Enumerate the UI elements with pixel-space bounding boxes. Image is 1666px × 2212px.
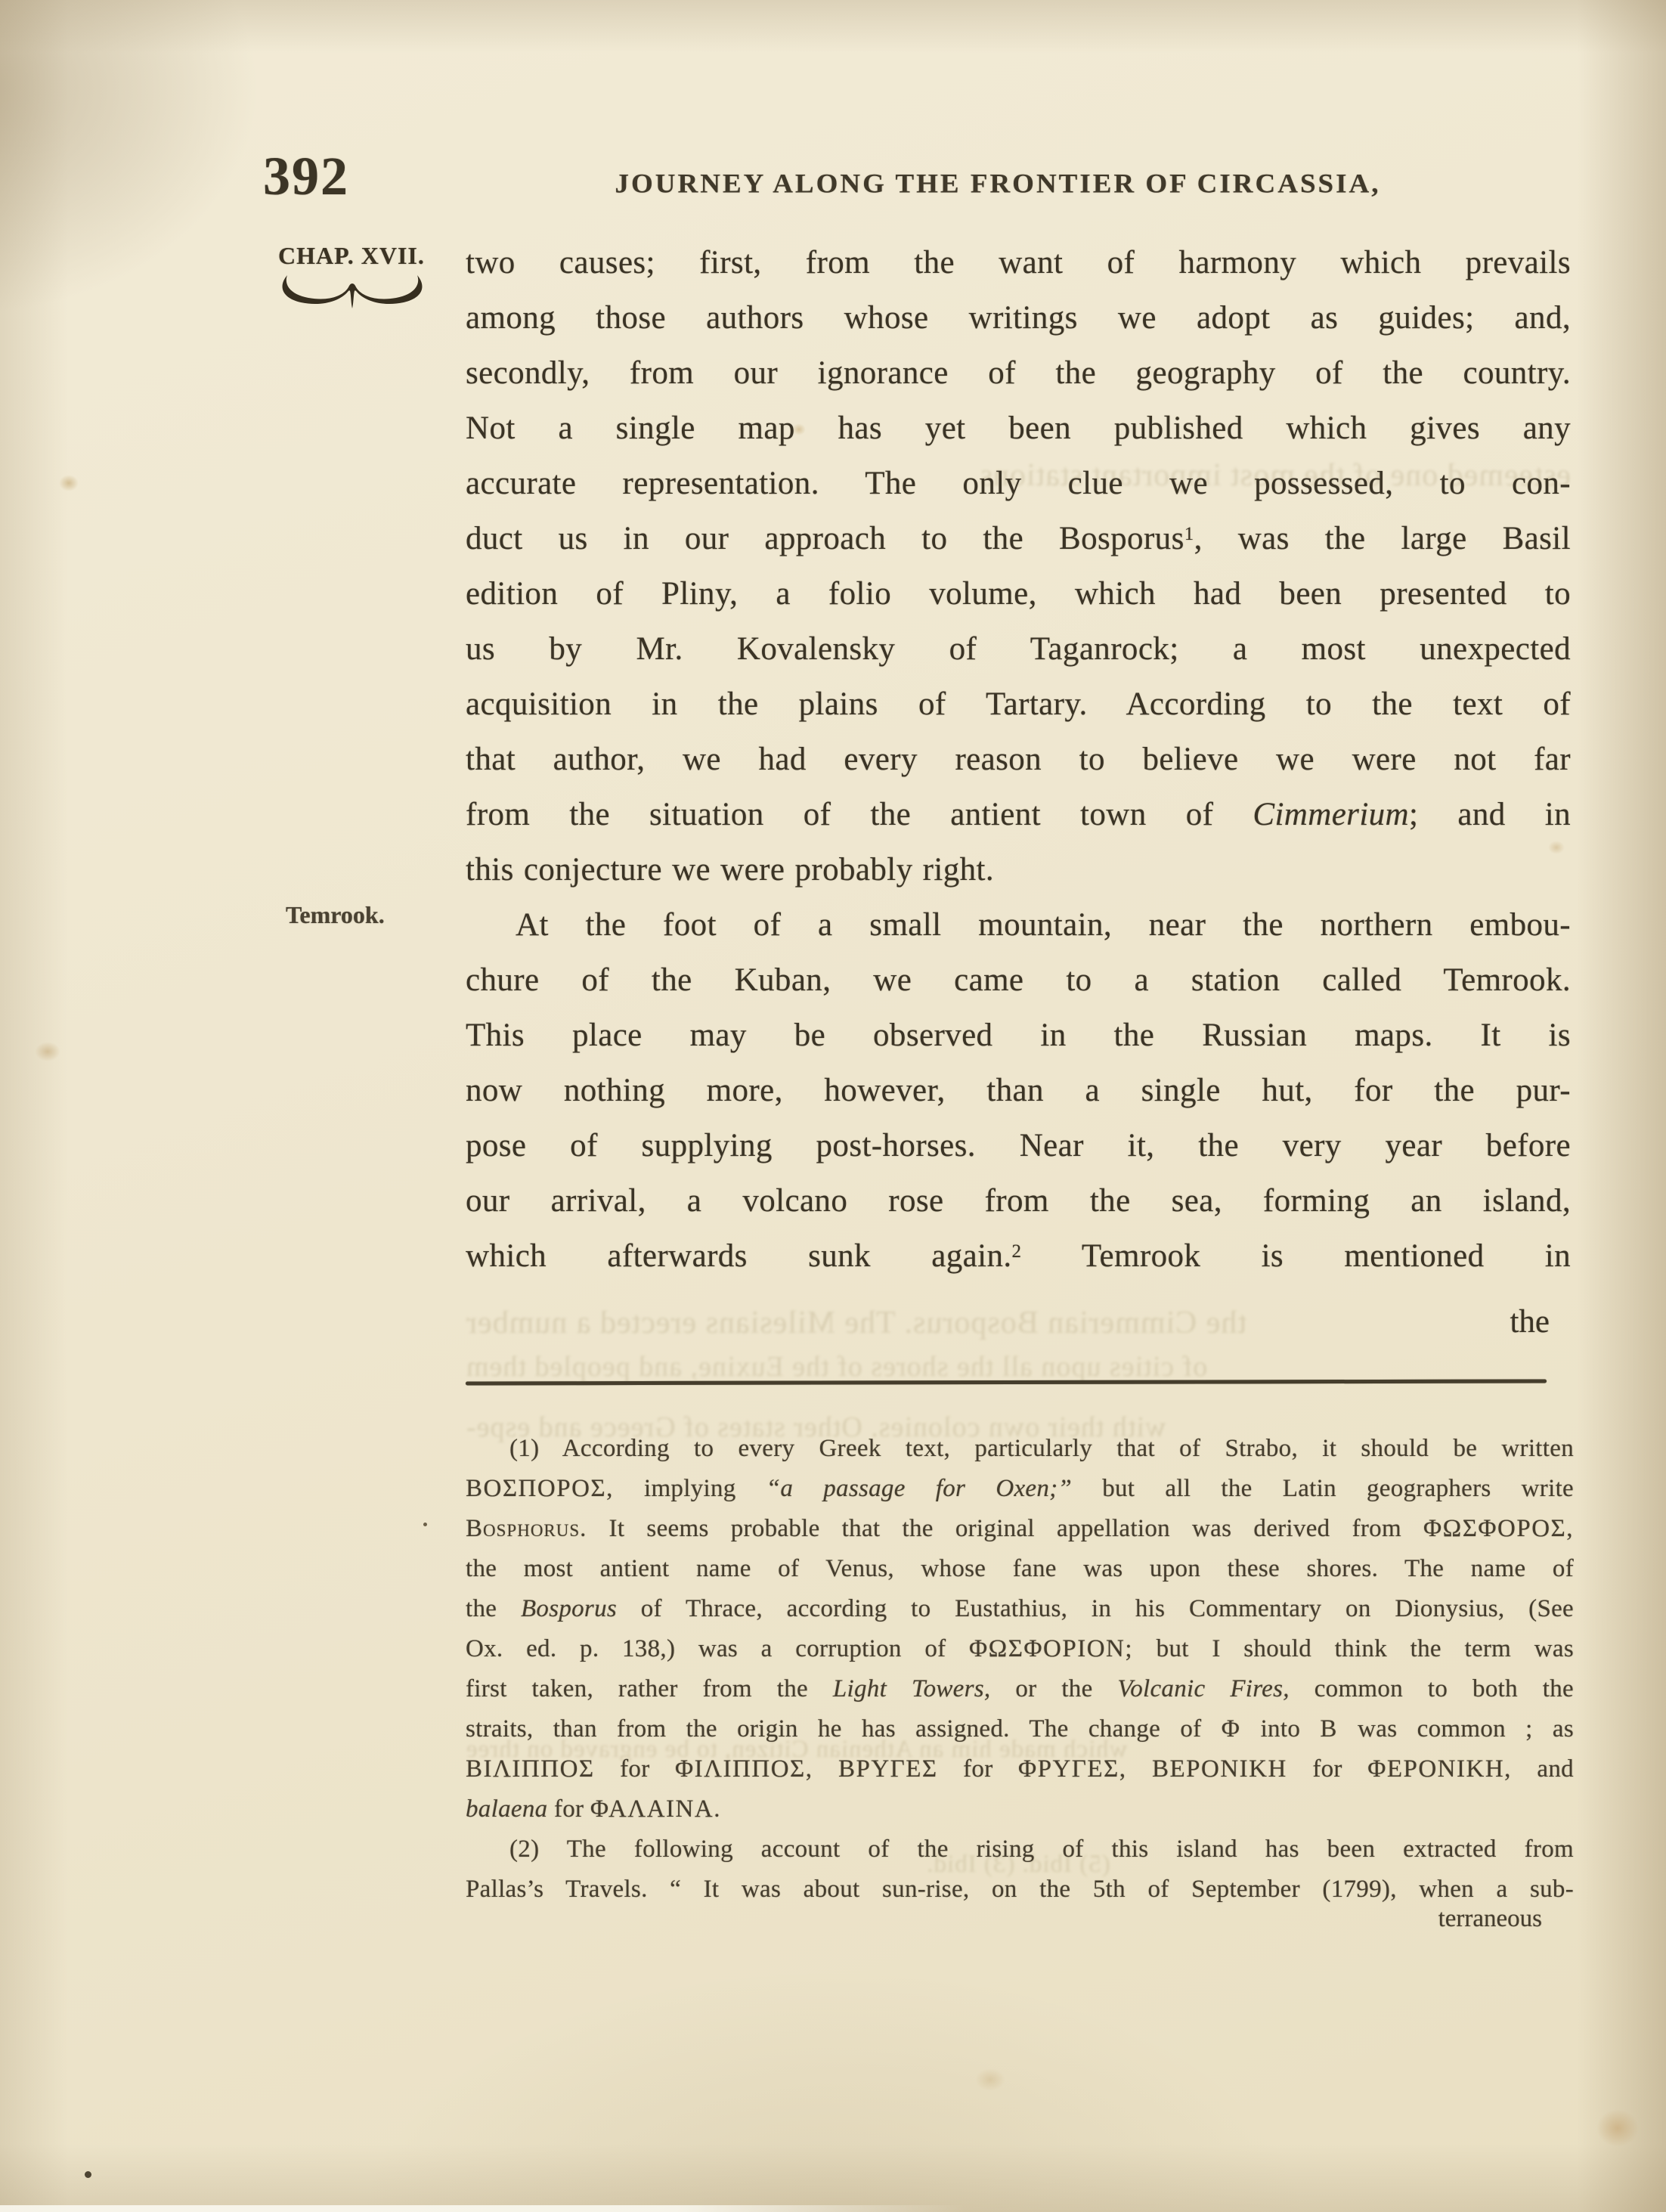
book-page-scan: esteemed one of the most important stati… [0, 0, 1666, 2212]
body-line: which afterwards sunk again.2 Temrook is… [466, 1228, 1571, 1284]
footnote-catchword: terraneous [466, 1899, 1574, 1939]
body-line: secondly, from our ignorance of the geog… [466, 345, 1571, 401]
footnote-line: the most antient name of Venus, whose fa… [466, 1549, 1574, 1589]
body-line: This place may be observed in the Russia… [466, 1008, 1571, 1063]
ink-speck [85, 2171, 91, 2178]
footnote-line: ΒΙΛΙΠΠΟΣ for ΦΙΛΙΠΠΟΣ, ΒΡΥΓΕΣ for ΦΡΥΓΕΣ… [466, 1749, 1574, 1789]
side-note-temrook: Temrook. [286, 901, 385, 929]
footnote-line: Ox. ed. p. 138,) was a corruption of ΦΩΣ… [466, 1629, 1574, 1669]
chapter-flourish-ornament [272, 272, 432, 311]
body-catchword: the [466, 1294, 1571, 1349]
body-line: among those authors whose writings we ad… [466, 290, 1571, 345]
ink-speck [423, 1523, 427, 1526]
footnotes: (1) According to every Greek text, parti… [466, 1429, 1574, 1910]
foxing-spot [975, 2068, 1005, 2091]
footnote-line: (2) The following account of the rising … [466, 1829, 1574, 1870]
body-line: pose of supplying post-horses. Near it, … [466, 1118, 1571, 1173]
body-line: accurate representation. The only clue w… [466, 456, 1571, 511]
foxing-spot [1596, 2109, 1639, 2147]
footnote-line: ΒΟΣΠΟΡΟΣ, implying “a passage for Oxen;”… [466, 1469, 1574, 1509]
body-line: this conjecture we were probably right. [466, 842, 1571, 897]
body-line: us by Mr. Kovalensky of Taganrock; a mos… [466, 621, 1571, 677]
body-line: duct us in our approach to the Bosporus1… [466, 511, 1571, 566]
body-line: edition of Pliny, a folio volume, which … [466, 566, 1571, 621]
chapter-margin-note: CHAP. XVII. [278, 242, 425, 270]
page-number: 392 [263, 145, 349, 208]
body-line: two causes; first, from the want of harm… [466, 235, 1571, 290]
footnote-line: the Bosporus of Thrace, according to Eus… [466, 1589, 1574, 1629]
body-line: that author, we had every reason to beli… [466, 732, 1571, 787]
footnote-line: first taken, rather from the Light Tower… [466, 1669, 1574, 1709]
foxing-spot [35, 1042, 60, 1061]
footnote-line: straits, than from the origin he has ass… [466, 1709, 1574, 1749]
body-line: Not a single map has yet been published … [466, 401, 1571, 456]
footnote-line: balaena for ΦΑΛΑΙΝΑ. [466, 1789, 1574, 1829]
body-line: our arrival, a volcano rose from the sea… [466, 1173, 1571, 1228]
scan-edge-strip [0, 2205, 966, 2212]
footnote-line: (1) According to every Greek text, parti… [466, 1429, 1574, 1469]
running-header: JOURNEY ALONG THE FRONTIER OF CIRCASSIA, [446, 169, 1550, 200]
body-text: two causes; first, from the want of harm… [466, 235, 1571, 1284]
bleedthrough-line: of cities upon all the shores of the Eux… [466, 1350, 1571, 1383]
body-line: At the foot of a small mountain, near th… [466, 897, 1571, 953]
body-line: now nothing more, however, than a single… [466, 1063, 1571, 1118]
body-line: from the situation of the antient town o… [466, 787, 1571, 842]
foxing-spot [59, 475, 79, 491]
footnote-line: Bosphorus. It seems probable that the or… [466, 1509, 1574, 1549]
body-line: acquisition in the plains of Tartary. Ac… [466, 677, 1571, 732]
body-line: chure of the Kuban, we came to a station… [466, 953, 1571, 1008]
